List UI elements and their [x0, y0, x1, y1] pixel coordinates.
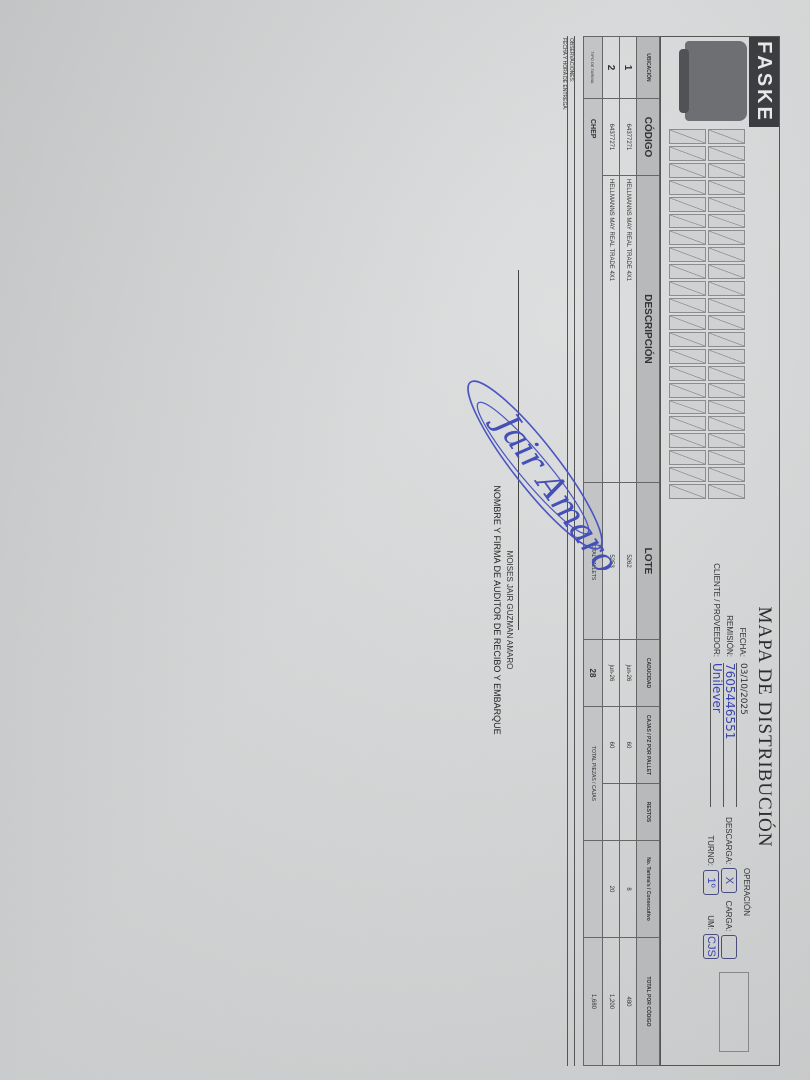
pallet-slot: [708, 450, 745, 465]
pallet-slot: [708, 230, 745, 245]
pallet-slot: [669, 450, 706, 465]
form-header: FASKE MAPA DE DISTRIBUCIÓN FECHA: 03/10/…: [660, 36, 780, 1066]
truck-icon: [685, 41, 747, 121]
cell-total: 480: [620, 938, 637, 1066]
pallet-slot: [708, 264, 745, 279]
pallet-slot: [708, 366, 745, 381]
cell-cajas: 60: [620, 707, 637, 784]
pallet-slot: [669, 214, 706, 229]
pallet-slot: [669, 197, 706, 212]
cliente-value[interactable]: Unilever: [710, 663, 723, 807]
pallet-slot: [708, 247, 745, 262]
um-field[interactable]: CJS: [703, 934, 719, 959]
pallet-slot: [669, 247, 706, 262]
pallet-slot: [669, 433, 706, 448]
pallet-slot: [669, 180, 706, 195]
fecha-row: FECHA: 03/10/2025: [736, 507, 749, 807]
cell-tarimas: 20: [603, 841, 620, 938]
pallet-slot: [708, 484, 745, 499]
pallet-slot: [708, 349, 745, 364]
cell-total: 1,200: [603, 938, 620, 1066]
pallet-slot: [708, 433, 745, 448]
pallet-slot: [708, 383, 745, 398]
cell-cajas: 60: [603, 707, 620, 784]
signature-text: Jair Amaro: [483, 401, 625, 570]
turno-field[interactable]: 1º: [703, 870, 719, 895]
pallet-slot: [669, 332, 706, 347]
cell-caducidad: jun-26: [603, 640, 620, 707]
total-piezas-value: 1,680: [584, 938, 603, 1066]
total-piezas-label: TOTAL PIEZAS / CAJAS: [584, 707, 603, 841]
carga-label: CARGA:: [725, 901, 734, 935]
pallet-slot: [708, 163, 745, 178]
tipo-tarima-label: TIPO DE TARIMA: [584, 37, 603, 99]
handwritten-signature: Jair Amaro: [455, 370, 625, 570]
pallet-slot: [669, 349, 706, 364]
pallet-slot: [708, 298, 745, 313]
remision-value[interactable]: 7605446551: [723, 663, 736, 807]
pallet-slot: [669, 400, 706, 415]
operacion-row-1: DESCARGA: X CARGA:: [720, 817, 738, 967]
faske-logo: FASKE: [749, 37, 779, 127]
col-cajas: CAJAS / PZ POR PALLET: [637, 707, 660, 784]
header-fields: FECHA: 03/10/2025 REMISIÓN: 7605446551 C…: [710, 507, 749, 807]
col-lote: LOTE: [637, 483, 660, 640]
pallet-slot: [669, 146, 706, 161]
cell-restos: [603, 784, 620, 841]
col-descripcion: DESCRIPCIÓN: [637, 176, 660, 483]
operacion-row-2: TURNO: 1º UM: CJS: [702, 817, 720, 967]
form-title: MAPA DE DISTRIBUCIÓN: [753, 507, 775, 947]
pallet-slot: [669, 416, 706, 431]
cell-codigo: 64377271: [620, 99, 637, 176]
pallet-slot: [708, 129, 745, 144]
pallet-slot: [669, 230, 706, 245]
pallet-slot: [669, 163, 706, 178]
pallet-grid: [669, 129, 745, 499]
operacion-title: OPERACIÓN: [742, 817, 751, 967]
col-restos: RESTOS: [637, 784, 660, 841]
pallet-slot: [669, 298, 706, 313]
pallet-slot: [669, 467, 706, 482]
operacion-section: OPERACIÓN DESCARGA: X CARGA: TURNO: 1º U…: [702, 817, 751, 967]
form-code-box: [719, 972, 749, 1052]
cell-tarimas: 8: [620, 841, 637, 938]
pallet-slot: [669, 484, 706, 499]
col-total: TOTAL POR CÓDIGO: [637, 938, 660, 1066]
col-caducidad: CADUCIDAD: [637, 640, 660, 707]
logo-text: FASKE: [753, 41, 776, 123]
remision-label: REMISIÓN:: [725, 507, 734, 663]
turno-label: TURNO:: [707, 817, 716, 870]
cell-caducidad: jun-26: [620, 640, 637, 707]
pallet-slot: [708, 281, 745, 296]
remision-row: REMISIÓN: 7605446551: [723, 507, 736, 807]
descarga-checkbox[interactable]: X: [721, 868, 737, 892]
descarga-label: DESCARGA:: [725, 817, 734, 868]
pallet-slot: [669, 281, 706, 296]
pallet-slot: [708, 416, 745, 431]
col-tarimas: No. Tarima's / Consecutivo: [637, 841, 660, 938]
cliente-label: CLIENTE / PROVEEDOR:: [712, 507, 721, 663]
pallet-slot: [708, 214, 745, 229]
fecha-value[interactable]: 03/10/2025: [736, 663, 749, 807]
um-label: UM:: [707, 903, 716, 934]
cliente-row: CLIENTE / PROVEEDOR: Unilever: [710, 507, 723, 807]
col-ubicacion: UBICACIÓN: [637, 37, 660, 99]
cell-ubicacion: 1: [620, 37, 637, 99]
carga-checkbox[interactable]: [721, 935, 737, 959]
pallet-slot: [708, 315, 745, 330]
pallet-slot: [669, 129, 706, 144]
total-pallets-value: 28: [584, 640, 603, 707]
pallet-slot: [669, 366, 706, 381]
cell-ubicacion: 2: [603, 37, 620, 99]
pallet-slot: [669, 383, 706, 398]
table-header-row: UBICACIÓN CÓDIGO DESCRIPCIÓN LOTE CADUCI…: [637, 37, 660, 1066]
pallet-slot: [669, 315, 706, 330]
pallet-slot: [708, 197, 745, 212]
pallet-slot: [708, 467, 745, 482]
cell-codigo: 64377271: [603, 99, 620, 176]
pallet-slot: [708, 180, 745, 195]
blank-cell: [584, 841, 603, 938]
pallet-slot: [708, 146, 745, 161]
fecha-label: FECHA:: [738, 507, 747, 663]
pallet-slot: [708, 332, 745, 347]
pallet-slot: [708, 400, 745, 415]
pallet-slot: [669, 264, 706, 279]
cell-restos: [620, 784, 637, 841]
col-codigo: CÓDIGO: [637, 99, 660, 176]
